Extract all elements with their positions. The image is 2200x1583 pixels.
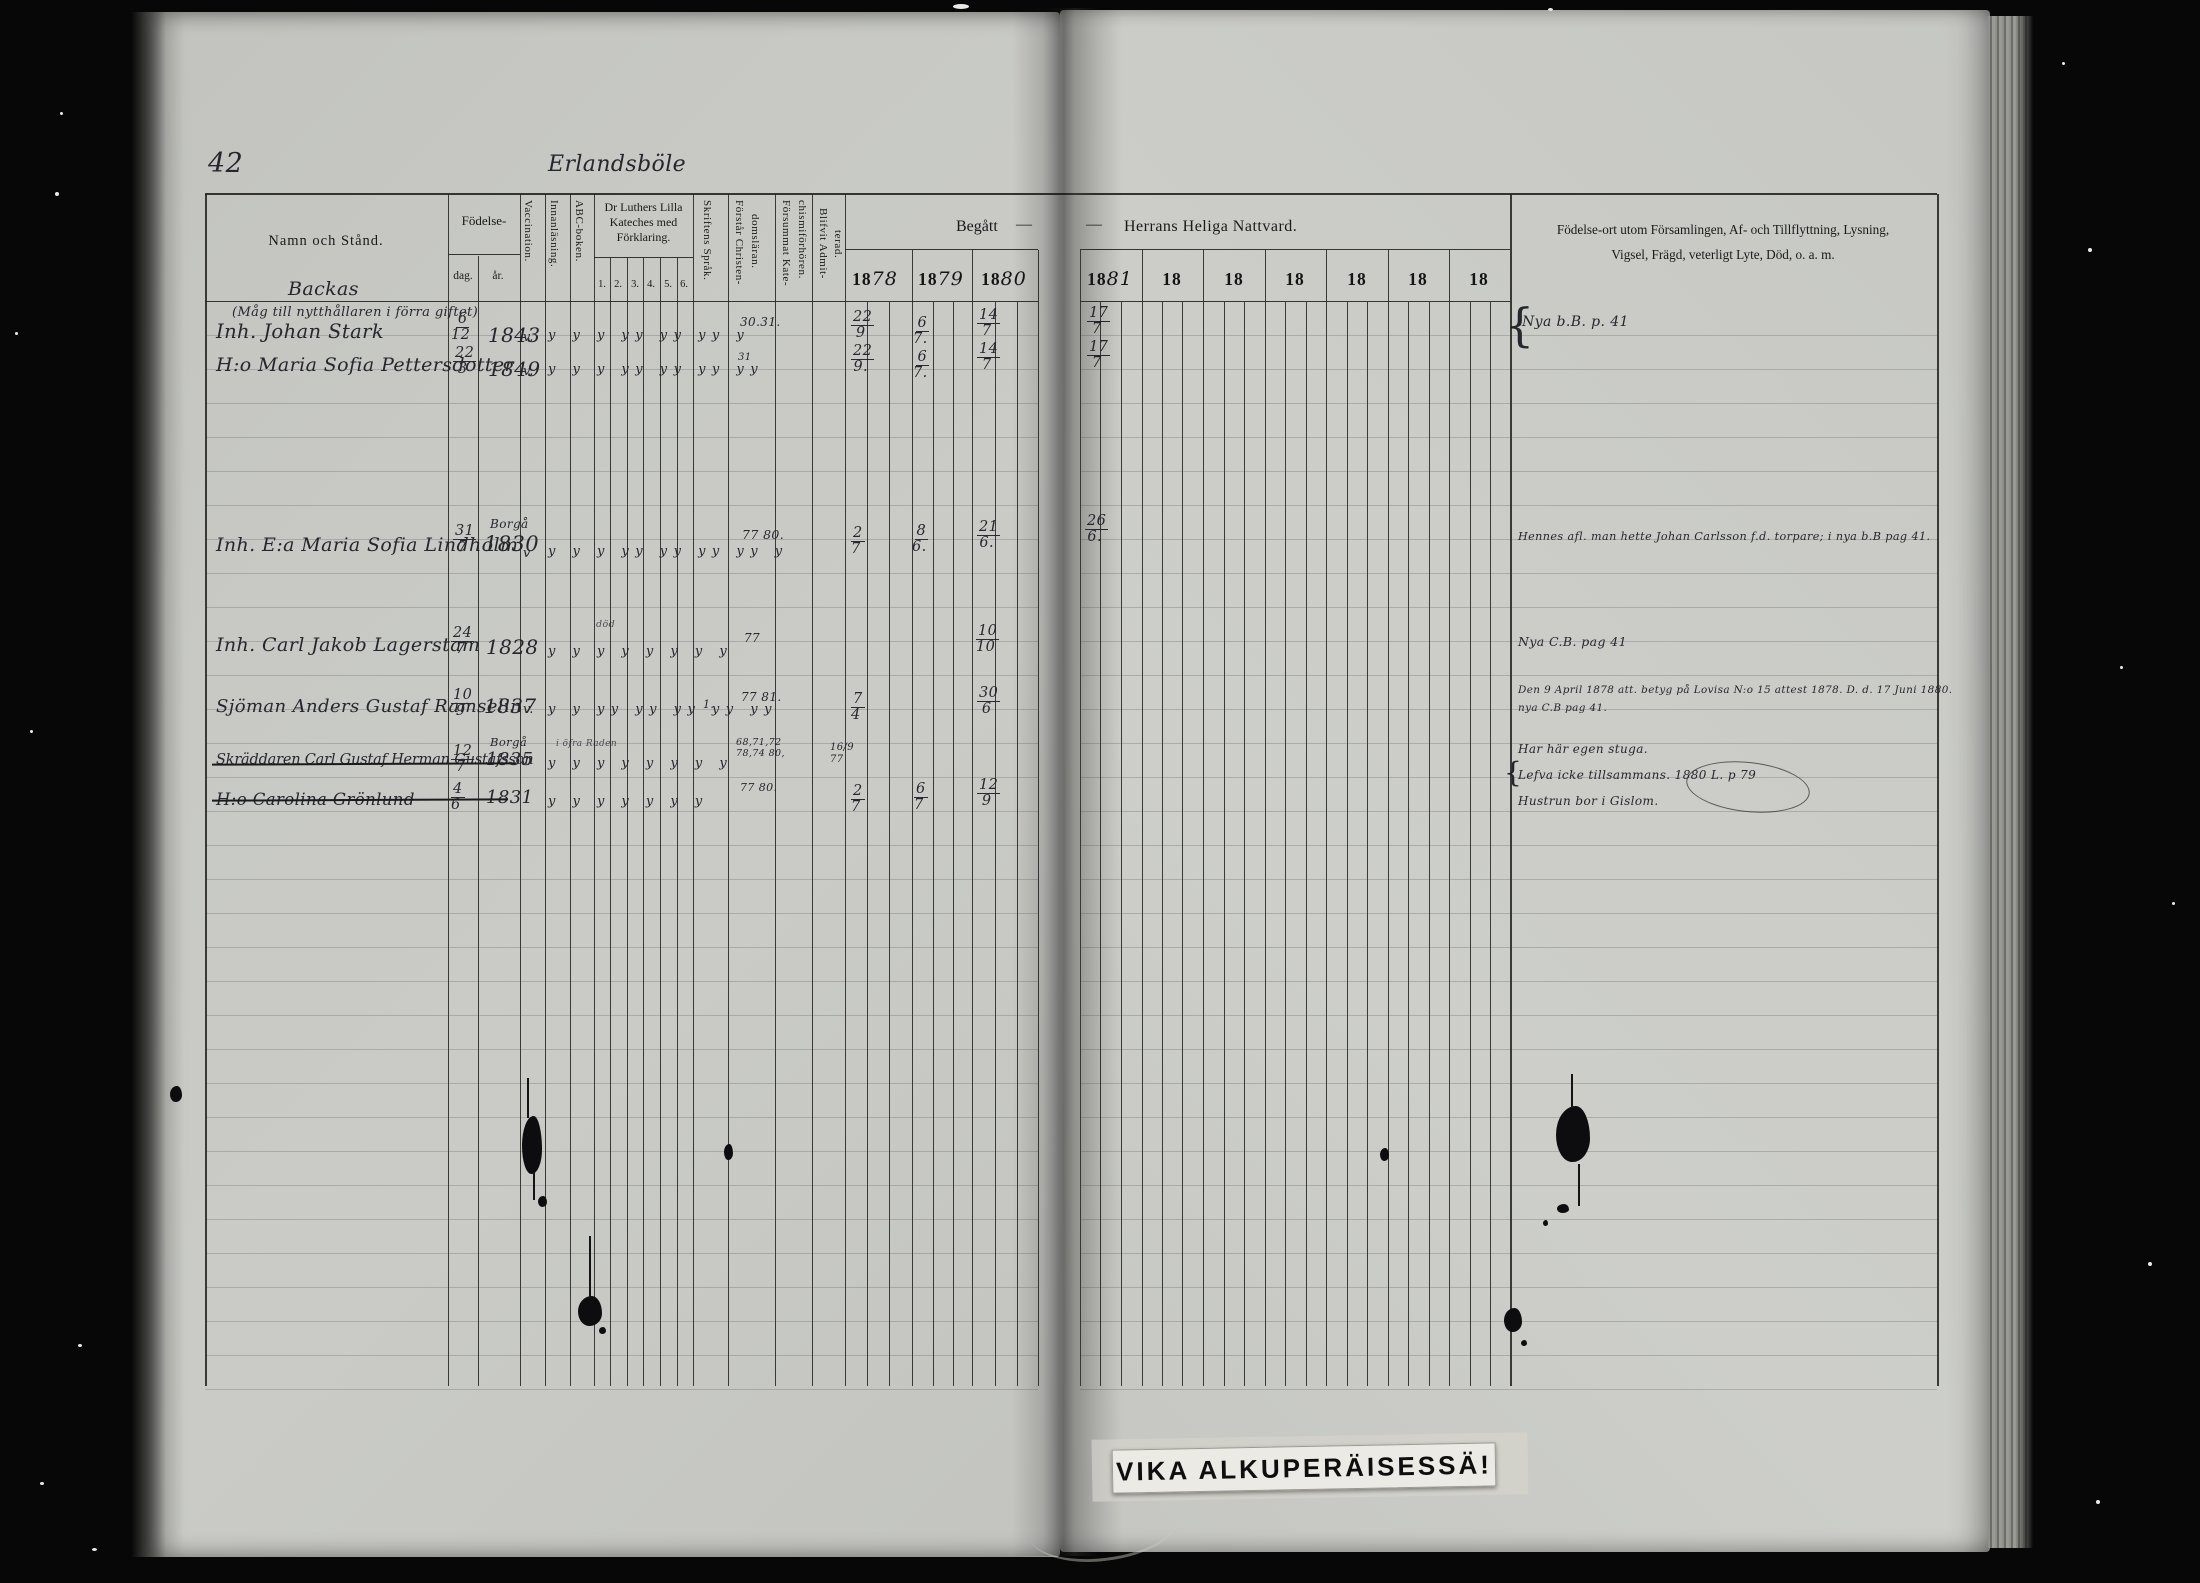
ink-blot	[1543, 1220, 1548, 1226]
dust-speck	[30, 730, 33, 733]
communion-label-nattvard: Herrans Heliga Nattvard.	[1124, 218, 1297, 236]
column-header-forstar-line1: Förstår Christen-	[733, 200, 745, 306]
faint-ruling-right	[1080, 302, 1937, 1390]
katekes-sub-6: 6.	[680, 279, 688, 290]
archive-stamp-label: VIKA ALKUPERÄISESSÄ!	[1112, 1442, 1497, 1493]
ink-blot	[1380, 1148, 1389, 1161]
notes-column-header-line1: Födelse-ort utom Församlingen, Af- och T…	[1557, 222, 1889, 238]
katekes-sub-1: 1.	[598, 279, 606, 290]
ink-blot	[578, 1296, 602, 1326]
column-header-birth-year: år.	[492, 270, 503, 282]
table-grid-hline	[1080, 249, 1510, 250]
dust-speck	[92, 1548, 97, 1551]
year-column-blank-5: 18	[1408, 268, 1428, 290]
dust-speck	[55, 192, 59, 196]
notes-column-header-line2: Vigsel, Frägd, veterligt Lyte, Död, o. a…	[1611, 247, 1834, 263]
dust-speck	[60, 112, 63, 115]
dust-speck	[2172, 902, 2175, 905]
year-column-blank-6: 18	[1469, 268, 1489, 290]
right-page-stack-edge	[1988, 16, 2034, 1548]
column-header-admit-line1: Blifvit Admit-	[817, 200, 829, 314]
katekes-sub-4: 4.	[647, 279, 655, 290]
column-header-innanlasning: Innanläsning.	[548, 200, 560, 306]
year-column-blank-2: 18	[1224, 268, 1244, 290]
dust-speck	[40, 1482, 44, 1485]
book-gutter-shadow	[1012, 8, 1122, 1556]
ink-stroke	[1571, 1074, 1573, 1108]
dust-speck	[2096, 1500, 2100, 1504]
column-header-abc-boken: ABC-boken.	[573, 200, 585, 306]
column-header-name: Namn och Stånd.	[268, 233, 383, 250]
katekes-sub-3: 3.	[631, 279, 639, 290]
table-grid-hline	[845, 249, 1038, 250]
table-grid-hline	[594, 257, 693, 258]
dust-speck	[953, 4, 969, 9]
year-column-1879: 1879	[918, 268, 964, 290]
katekes-sub-5: 5.	[664, 279, 672, 290]
dust-speck	[2148, 1262, 2152, 1266]
ink-stroke	[533, 1172, 535, 1200]
katekes-sub-2: 2.	[614, 279, 622, 290]
village-name-handwritten: Backas	[288, 278, 359, 300]
ink-blot	[599, 1327, 606, 1334]
ink-blot	[522, 1116, 542, 1174]
table-grid-vline	[1937, 194, 1939, 1386]
column-header-vaccination: Vaccination.	[522, 200, 534, 306]
ink-blot	[724, 1144, 733, 1160]
year-column-blank-4: 18	[1347, 268, 1367, 290]
ink-blot	[1504, 1308, 1522, 1332]
column-header-skriftens-sprak: Skriftens Språk.	[701, 200, 713, 306]
column-header-birth-day: dag.	[453, 270, 472, 282]
ink-blot	[1557, 1204, 1569, 1213]
ink-blot	[1521, 1340, 1527, 1346]
ink-stroke	[527, 1078, 529, 1118]
year-column-1878: 1878	[852, 268, 898, 290]
ink-blot	[1556, 1106, 1590, 1162]
ink-stroke	[1578, 1164, 1580, 1206]
ink-blot	[170, 1086, 182, 1102]
ink-blot	[538, 1196, 547, 1207]
year-column-blank-3: 18	[1285, 268, 1305, 290]
dust-speck	[2120, 666, 2123, 669]
page-number: 42	[208, 148, 243, 179]
column-header-forsummat-line1: Försummat Kate-	[780, 200, 792, 306]
dust-speck	[78, 1344, 82, 1347]
faint-ruling-left	[205, 302, 1038, 1390]
left-book-edge	[132, 12, 184, 1557]
dust-speck	[15, 332, 18, 335]
book-scan: 42 Erlandsböle Namn och Stånd. Backas Fö…	[0, 0, 2200, 1583]
column-header-katekes: Dr Luthers Lilla Kateches med Förklaring…	[596, 200, 691, 245]
dust-speck	[2088, 248, 2092, 252]
dust-speck	[2062, 62, 2065, 65]
column-header-birth: Födelse-	[462, 213, 507, 229]
year-column-blank-1: 18	[1162, 268, 1182, 290]
ink-stroke	[589, 1236, 591, 1298]
dust-speck	[1548, 8, 1553, 11]
column-header-forsummat-line2: chismiförhören.	[796, 200, 808, 306]
page-title-handwritten: Erlandsböle	[548, 152, 686, 177]
communion-label-begatt: Begått	[956, 218, 998, 236]
table-grid-hline	[448, 254, 520, 255]
